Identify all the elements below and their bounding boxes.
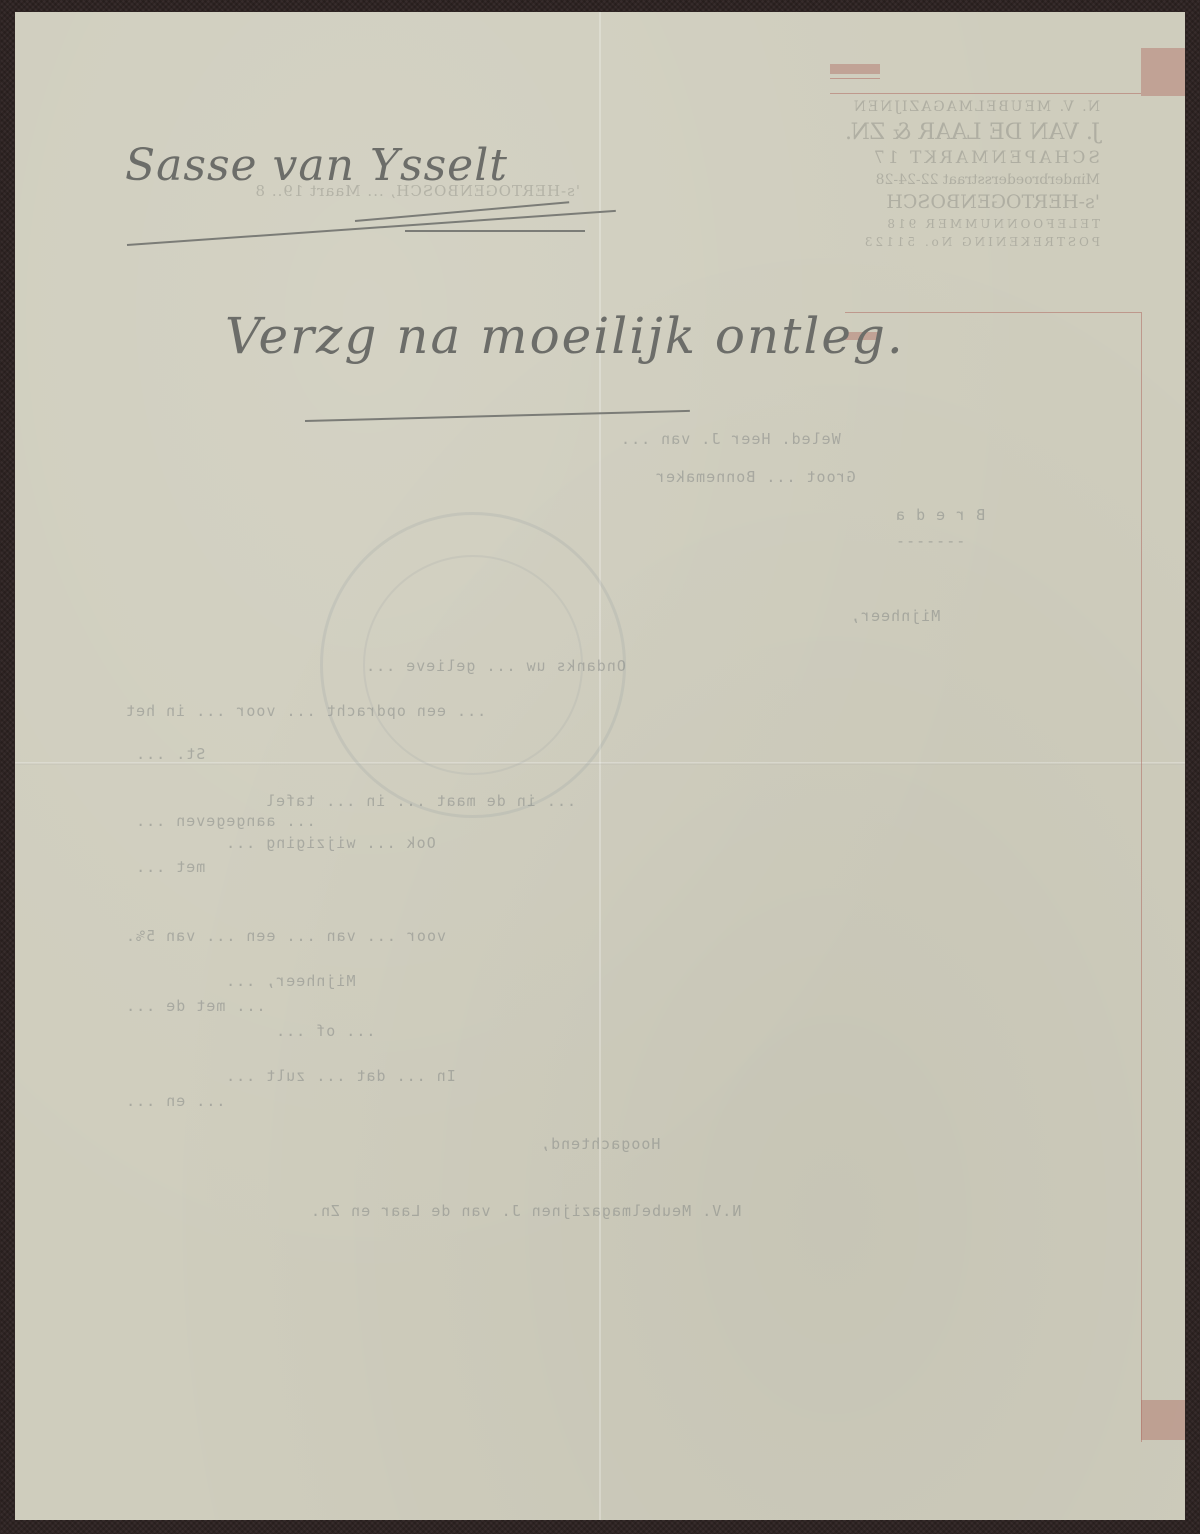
letterhead-phone: TELEFOONNUMMER 918 [830, 218, 1100, 230]
typed-line: ... aangegeven ... [125, 812, 316, 830]
typed-line: Hoogachtend, [540, 1135, 660, 1153]
typed-line: Groot ... Bonnemaker [655, 468, 856, 486]
pencil-underline-3 [305, 410, 690, 422]
typed-line: Ook ... wijziging ... [215, 834, 436, 852]
pencil-stroke-diagonal [127, 210, 616, 246]
typed-line: ... en ... [115, 1092, 225, 1110]
typed-line: ... met de ... [115, 997, 265, 1015]
handwritten-name: Sasse van Ysselt [125, 140, 508, 191]
pencil-underline-2 [405, 230, 585, 232]
typed-line: N.V. Meubelmagazijnen J. van de Laar en … [310, 1202, 741, 1220]
typed-line: voor ... van ... een ... van 5%. [125, 927, 446, 945]
handwritten-note: Verzg na moeilijk ontleg. [225, 307, 905, 365]
letterhead-red-block-top-right [1141, 48, 1185, 96]
typed-line: ... een opdracht ... voor ... in het [125, 702, 486, 720]
typed-line: B r e d a [895, 506, 985, 524]
typed-line: St. ... [125, 745, 205, 763]
typed-line: ------- [895, 532, 965, 550]
typed-line: Weled. Heer J. van ... [620, 430, 841, 448]
letterhead-showthrough: N. V. MEUBELMAGAZIJNEN J. VAN DE LAAR & … [830, 100, 1100, 248]
letterhead-right-vertical-rule [1141, 312, 1142, 1442]
typed-line: Mijnheer, [850, 607, 940, 625]
typed-line: Mijnheer, ... [215, 972, 355, 990]
letterhead-top-rule [830, 93, 1141, 94]
letterhead-company-type: N. V. MEUBELMAGAZIJNEN [830, 100, 1100, 114]
typed-line: Ondanks uw ... gelieve ... [355, 657, 626, 675]
vertical-fold-crease [599, 12, 601, 1520]
letterhead-city: 's-HERTOGENBOSCH [830, 193, 1100, 212]
letterhead-red-block-bottom-right [1141, 1400, 1185, 1440]
letter-page: N. V. MEUBELMAGAZIJNEN J. VAN DE LAAR & … [15, 12, 1185, 1520]
letterhead-postal-account: POSTREKENING No. 51123 [830, 236, 1100, 248]
letterhead-street: SCHAPENMARKT 17 [830, 150, 1100, 167]
typed-line: ... in de maat ... in ... tafel [265, 792, 576, 810]
typed-line: In ... dat ... zult ... [215, 1067, 456, 1085]
pencil-underline-1 [355, 201, 569, 222]
typed-line: met ... [125, 858, 205, 876]
letterhead-street-2: Minderbroedersstraat 22-24-28 [830, 173, 1100, 187]
letterhead-red-rule-small [830, 78, 880, 79]
letterhead-red-bar-left [830, 64, 880, 74]
typed-line: ... of ... [265, 1022, 375, 1040]
letterhead-company-name: J. VAN DE LAAR & ZN. [830, 122, 1100, 144]
